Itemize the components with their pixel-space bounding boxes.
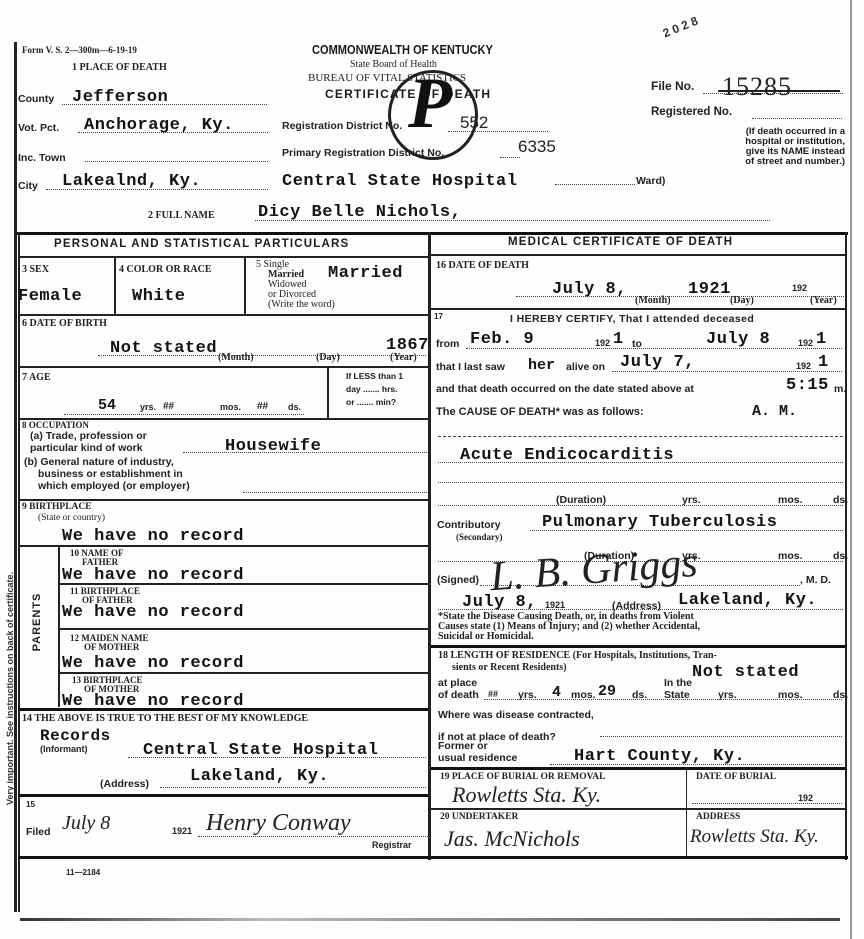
rule (60, 628, 428, 630)
filed-label: Filed (26, 826, 51, 838)
mother-name-value: We have no record (62, 654, 244, 673)
birthplace-sub: (State or country) (38, 513, 105, 523)
place-of-death-heading: 1 PLACE OF DEATH (72, 62, 167, 73)
primary-district-line (500, 157, 520, 158)
former-residence-line: Former or (438, 740, 517, 752)
undertaker-address-label: ADDRESS (696, 812, 740, 822)
less-than-day: If LESS than 1 day ....... hrs. or .....… (346, 370, 403, 409)
from-year-suffix: 1 (613, 330, 624, 349)
occupation-label: 8 OCCUPATION (22, 420, 89, 430)
md-label: , M. D. (800, 574, 831, 586)
left-form-border (18, 232, 20, 912)
bottom-edge (20, 918, 840, 921)
dod-year-label: (Year) (810, 296, 837, 306)
dob-value: Not stated (110, 339, 217, 358)
occupation-a-line: (a) Trade, profession or (30, 430, 147, 442)
am-value: A. M. (752, 403, 797, 420)
rule (60, 583, 428, 585)
registered-no-label: Registered No. (651, 106, 732, 118)
sex-value: Female (18, 287, 82, 306)
marital-labels: 5 Single Married Widowed or Divorced (Wr… (256, 260, 335, 310)
burial-date-label: DATE OF BURIAL (696, 772, 776, 782)
residence-header-line: sients or Recent Residents) (438, 662, 717, 674)
vot-pct-value: Anchorage, Ky. (84, 116, 234, 135)
rule (18, 794, 428, 797)
disease-contracted-line: Where was disease contracted, (438, 704, 594, 726)
corner-mark: 2 0 2 8 (661, 14, 700, 41)
occupation-b-line (243, 492, 427, 493)
registration-district-value: 552 (460, 113, 488, 133)
hospital-note: (If death occurred in a hospital or inst… (690, 127, 845, 167)
father-name-label: 10 NAME OF FATHER (70, 549, 124, 567)
vot-pct-label: Vot. Pct. (18, 122, 59, 134)
mother-name-label-line: OF MOTHER (70, 643, 149, 652)
alive-on-value: July 7, (620, 353, 695, 372)
footnote: *State the Disease Causing Death, or, in… (438, 612, 700, 642)
age-days: ## (257, 401, 268, 412)
rule (686, 767, 687, 856)
informant-address-value: Lakeland, Ky. (190, 767, 329, 786)
rule (431, 308, 845, 310)
burial-date-line (692, 803, 842, 804)
birthplace-label: 9 BIRTHPLACE (22, 502, 92, 512)
informant-sub: (Informant) (40, 744, 88, 754)
rule (431, 254, 845, 256)
dod-month-label: (Month) (635, 296, 671, 306)
to-label: to (632, 338, 642, 350)
margin-vertical-note: Very important. See instructions on back… (5, 605, 15, 805)
date-of-death-month-day: July 8, (552, 280, 627, 299)
at-place-line: of death (438, 689, 479, 701)
section-top-rule (16, 232, 848, 235)
county-label: County (18, 93, 54, 105)
alive-on-label: alive on (566, 361, 605, 373)
inc-town-label: Inc. Town (18, 152, 66, 164)
registered-no-line (752, 118, 842, 119)
informant-header: 14 THE ABOVE IS TRUE TO THE BEST OF MY K… (22, 713, 308, 724)
informant-value: Central State Hospital (143, 741, 378, 760)
filed-year: 1921 (172, 826, 192, 836)
filed-num: 15 (26, 800, 35, 809)
former-residence-value: Hart County, Ky. (574, 747, 745, 766)
disease-contracted-line (600, 736, 842, 737)
institution-line (555, 184, 635, 185)
residence-ds: 29 (598, 683, 616, 700)
year-label: (Year) (390, 353, 417, 363)
rule (58, 545, 60, 707)
father-birthplace-value: We have no record (62, 603, 244, 622)
death-time: 5:15 (786, 376, 829, 395)
to-year-suffix: 1 (816, 330, 827, 349)
signed-label: (Signed) (437, 574, 479, 586)
occupation-b-line: which employed (or employer) (24, 480, 190, 492)
race-value: White (132, 287, 186, 306)
birthplace-value: We have no record (62, 527, 244, 546)
month-label: (Month) (218, 353, 254, 363)
day-label: (Day) (316, 353, 340, 363)
burial-label: 19 PLACE OF BURIAL OR REMOVAL (440, 772, 605, 782)
at-place-line: at place (438, 677, 479, 689)
file-no-label: File No. (651, 79, 694, 93)
rule (114, 256, 116, 314)
physician-signature: L. B. Griggs (489, 539, 700, 601)
undertaker-address-value: Rowletts Sta. Ky. (690, 826, 819, 848)
from-label: from (436, 338, 459, 350)
marital-line: (Write the word) (256, 300, 335, 310)
date-of-death-year-prefix: 192 (792, 283, 807, 293)
dob-label: 6 DATE OF BIRTH (22, 318, 107, 329)
cause-label: The CAUSE OF DEATH* was as follows: (436, 406, 644, 418)
rule (431, 808, 845, 810)
former-residence-label: Former or usual residence (438, 740, 517, 764)
rule (18, 256, 428, 258)
former-residence-line: usual residence (438, 752, 517, 764)
county-value: Jefferson (72, 88, 168, 107)
registrar-signature: Henry Conway (206, 810, 351, 837)
occupation-a-value: Housewife (225, 437, 321, 456)
in-state-line: In the (664, 677, 692, 689)
race-label: 4 COLOR OR RACE (119, 264, 212, 275)
institution-value: Central State Hospital (282, 172, 517, 191)
center-divider (428, 232, 431, 860)
residence-yrs: ## (488, 689, 498, 699)
less-than-line: or ....... min? (346, 396, 403, 409)
cause-line-1 (438, 436, 843, 437)
marital-value: Married (328, 264, 403, 283)
last-saw-pronoun: her (528, 357, 555, 374)
cause-line-2 (438, 462, 843, 463)
file-no-value: 15285 (722, 72, 792, 102)
occupation-b-line: (b) General nature of industry, (24, 456, 190, 468)
contributory-sub: (Secondary) (456, 532, 503, 542)
age-mos-label: mos. (220, 402, 241, 412)
rule (431, 645, 845, 648)
undertaker-label: 20 UNDERTAKER (440, 812, 518, 822)
age-ds-label: ds. (288, 402, 301, 412)
occupation-a-label: (a) Trade, profession or particular kind… (30, 430, 147, 454)
contributory-label: Contributory (437, 519, 501, 531)
rule (60, 672, 428, 674)
dod-day-label: (Day) (730, 296, 754, 306)
contributory-value: Pulmonary Tuberculosis (542, 513, 777, 532)
right-form-border (845, 232, 847, 860)
commonwealth-title: COMMONWEALTH OF KENTUCKY (312, 42, 493, 57)
from-year-prefix: 192 (595, 338, 610, 348)
ward-label: Ward) (636, 175, 665, 187)
rule (18, 366, 428, 368)
to-value: July 8 (706, 330, 770, 349)
burial-value: Rowletts Sta. Ky. (452, 782, 601, 808)
city-value: Lakealnd, Ky. (62, 172, 201, 191)
informant-address-label: (Address) (100, 778, 149, 790)
date-of-death-year: 1921 (688, 280, 731, 299)
death-occurred-text: and that death occurred on the date stat… (436, 383, 694, 395)
age-line (64, 414, 304, 415)
form-number: Form V. S. 2—300m—6-19-19 (22, 45, 137, 55)
age-years: 54 (98, 397, 116, 414)
date-of-death-label: 16 DATE OF DEATH (436, 260, 529, 271)
registration-district-label: Registration District No. (282, 120, 402, 132)
death-time-suffix: m. (834, 383, 846, 395)
rule (244, 256, 246, 314)
parents-label: PARENTS (31, 587, 43, 657)
rule (18, 545, 428, 547)
residence-line (484, 699, 842, 700)
city-label: City (18, 180, 38, 192)
medical-section-title: MEDICAL CERTIFICATE OF DEATH (508, 236, 733, 248)
hospital-note-line: of street and number.) (690, 157, 845, 167)
alive-year-suffix: 1 (818, 353, 829, 372)
certify-num: 17 (434, 312, 443, 321)
registrar-label: Registrar (372, 840, 412, 850)
footnote-line: Suicidal or Homicidal. (438, 632, 700, 642)
informant-prefix: Records (40, 727, 111, 745)
mother-name-label: 12 MAIDEN NAME OF MOTHER (70, 634, 149, 652)
rule (18, 314, 428, 316)
rule (18, 499, 428, 501)
residence-header: 18 LENGTH OF RESIDENCE (For Hospitals, I… (438, 650, 717, 674)
burial-date-year-prefix: 192 (798, 793, 813, 803)
occupation-b-label: (b) General nature of industry, business… (24, 456, 190, 492)
residence-header-line: 18 LENGTH OF RESIDENCE (For Hospitals, I… (438, 650, 717, 662)
rule (431, 767, 845, 770)
from-value: Feb. 9 (470, 330, 534, 349)
less-than-line: If LESS than 1 (346, 370, 403, 383)
certify-text: I HEREBY CERTIFY, That I attended deceas… (510, 313, 754, 325)
informant-address-line (160, 787, 426, 788)
occupation-b-line: business or establishment in (24, 468, 190, 480)
sex-label: 3 SEX (22, 264, 49, 275)
primary-district-value: 6335 (518, 137, 556, 157)
full-name-value: Dicy Belle Nichols, (258, 203, 461, 222)
age-months: ## (163, 401, 174, 412)
age-label: 7 AGE (22, 372, 51, 383)
occupation-a-line: particular kind of work (30, 442, 147, 454)
rule (18, 708, 428, 711)
age-yrs-label: yrs. (140, 402, 156, 412)
signed-address-value: Lakeland, Ky. (678, 591, 817, 610)
to-year-prefix: 192 (798, 338, 813, 348)
last-saw-label: that I last saw (436, 361, 505, 373)
rule (327, 366, 329, 418)
stamp-letter: P (408, 62, 452, 145)
primary-district-label: Primary Registration District No. (282, 147, 444, 159)
personal-section-title: PERSONAL AND STATISTICAL PARTICULARS (54, 238, 349, 250)
rule (18, 856, 848, 859)
at-place-label: at place of death (438, 677, 479, 701)
in-state-label: In the State (664, 677, 692, 701)
alive-year-prefix: 192 (796, 361, 811, 371)
undertaker-value: Jas. McNichols (444, 826, 580, 852)
footer-code: 11—2184 (66, 868, 100, 877)
inc-town-line (85, 161, 268, 162)
right-border (850, 0, 852, 939)
less-than-line: day ....... hrs. (346, 383, 403, 396)
cause-line-3 (438, 482, 843, 483)
full-name-label: 2 FULL NAME (148, 210, 215, 221)
signed-date-line (438, 609, 843, 610)
file-no-strike (718, 90, 840, 92)
filed-date: July 8 (62, 812, 110, 835)
duration-line (438, 505, 843, 506)
residence-not-stated: Not stated (692, 663, 799, 682)
